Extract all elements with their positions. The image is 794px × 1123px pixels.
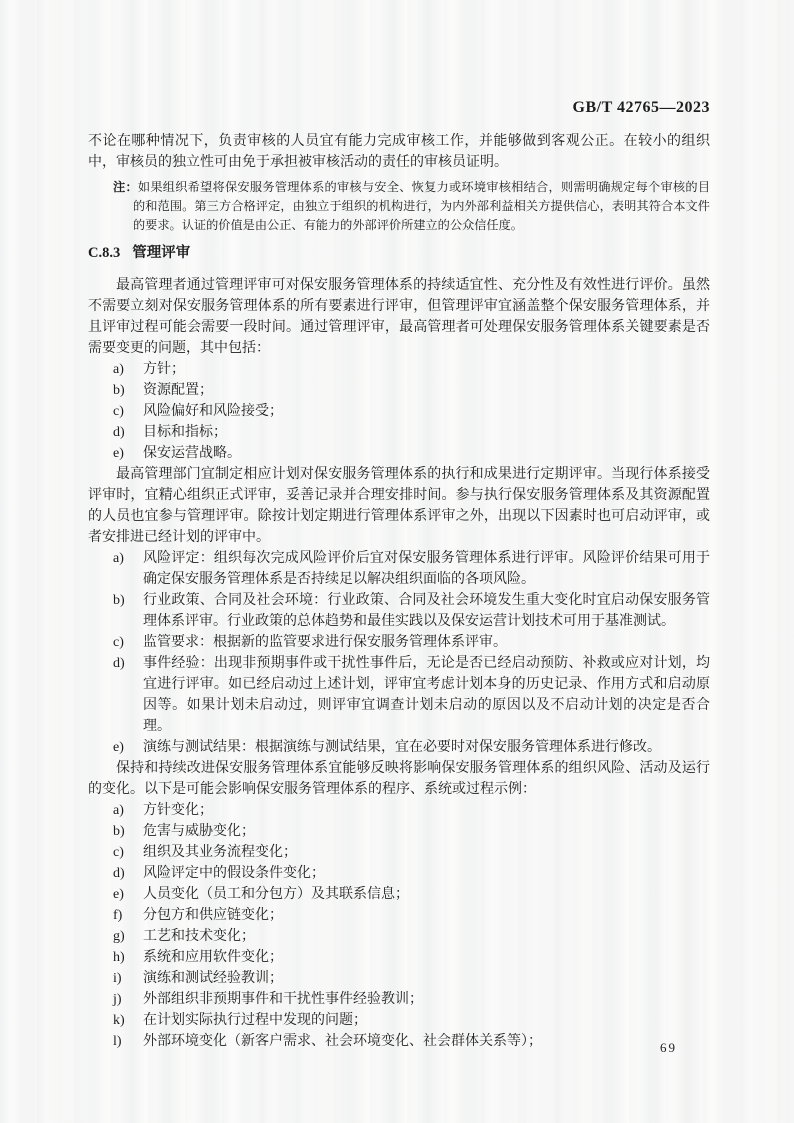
list-item-label: e) <box>113 443 143 464</box>
list-item-text: 危害与威胁变化； <box>143 821 710 842</box>
list-item: c) 风险偏好和风险接受； <box>88 401 710 422</box>
list-item: b) 资源配置； <box>88 380 710 401</box>
list-item: f) 分包方和供应链变化； <box>88 905 710 926</box>
list-item-label: i) <box>113 968 143 989</box>
list-review-triggers: a) 风险评定：组织每次完成风险评价后宜对保安服务管理体系进行评审。风险评价结果… <box>88 548 710 758</box>
list-item: e) 保安运营战略。 <box>88 443 710 464</box>
list-item-text: 目标和指标； <box>143 422 710 443</box>
list-item: a) 方针； <box>88 359 710 380</box>
list-item-label: a) <box>113 800 143 821</box>
list-item-label: j) <box>113 989 143 1010</box>
list-item: a) 风险评定：组织每次完成风险评价后宜对保安服务管理体系进行评审。风险评价结果… <box>88 548 710 590</box>
list-item-label: h) <box>113 947 143 968</box>
list-item-label: b) <box>113 821 143 842</box>
list-item-label: d) <box>113 653 143 737</box>
list-item-text: 系统和应用软件变化； <box>143 947 710 968</box>
list-item-text: 保安运营战略。 <box>143 443 710 464</box>
list-item: d) 目标和指标； <box>88 422 710 443</box>
standard-number: GB/T 42765—2023 <box>573 99 710 116</box>
section-title: 管理评审 <box>132 245 190 261</box>
list-item: b) 行业政策、合同及社会环境：行业政策、合同及社会环境发生重大变化时宜启动保安… <box>88 590 710 632</box>
list-item-label: c) <box>113 401 143 422</box>
section-heading: C.8.3管理评审 <box>88 245 710 261</box>
note-text: 如果组织希望将保安服务管理体系的审核与安全、恢复力或环境审核相结合，则需明确规定… <box>133 180 710 232</box>
list-item-label: b) <box>113 380 143 401</box>
list-item-label: k) <box>113 1010 143 1031</box>
list-item-text: 监管要求：根据新的监管要求进行保安服务管理体系评审。 <box>143 632 710 653</box>
list-item-label: c) <box>113 632 143 653</box>
list-item-label: d) <box>113 863 143 884</box>
list-item-label: f) <box>113 905 143 926</box>
list-item: c) 监管要求：根据新的监管要求进行保安服务管理体系评审。 <box>88 632 710 653</box>
list-change-examples: a) 方针变化； b) 危害与威胁变化； c) 组织及其业务流程变化； d) 风… <box>88 800 710 1052</box>
list-item-label: e) <box>113 737 143 758</box>
list-item: b) 危害与威胁变化； <box>88 821 710 842</box>
list-item-text: 风险评定：组织每次完成风险评价后宜对保安服务管理体系进行评审。风险评价结果可用于… <box>143 548 710 590</box>
list-item-label: a) <box>113 548 143 590</box>
list-item-text: 资源配置； <box>143 380 710 401</box>
list-item-label: g) <box>113 926 143 947</box>
list-item: k) 在计划实际执行过程中发现的问题； <box>88 1010 710 1031</box>
note-block: 注：如果组织希望将保安服务管理体系的审核与安全、恢复力或环境审核相结合，则需明确… <box>113 178 710 235</box>
list-item-text: 事件经验：出现非预期事件或干扰性事件后，无论是否已经启动预防、补救或应对计划，均… <box>143 653 710 737</box>
page-number: 69 <box>660 1040 677 1056</box>
list-item-text: 方针变化； <box>143 800 710 821</box>
list-item: i) 演练和测试经验教训； <box>88 968 710 989</box>
list-item-text: 分包方和供应链变化； <box>143 905 710 926</box>
list-item-label: b) <box>113 590 143 632</box>
list-item-label: a) <box>113 359 143 380</box>
list-item-text: 风险偏好和风险接受； <box>143 401 710 422</box>
list-item-label: e) <box>113 884 143 905</box>
note-label: 注： <box>113 180 138 194</box>
paragraph-periodic-review: 最高管理部门宜制定相应计划对保安服务管理体系的执行和成果进行定期评审。当现行体系… <box>88 464 710 548</box>
paragraph-auditor-independence: 不论在哪种情况下，负责审核的人员宜有能力完成审核工作，并能够做到客观公正。在较小… <box>88 131 710 173</box>
document-body: 不论在哪种情况下，负责审核的人员宜有能力完成审核工作，并能够做到客观公正。在较小… <box>88 131 710 1052</box>
list-item-label: d) <box>113 422 143 443</box>
document-header: GB/T 42765—2023 <box>88 99 710 117</box>
section-number: C.8.3 <box>88 245 120 261</box>
list-item-text: 外部组织非预期事件和干扰性事件经验教训； <box>143 989 710 1010</box>
list-item: e) 人员变化（员工和分包方）及其联系信息； <box>88 884 710 905</box>
list-item-text: 工艺和技术变化； <box>143 926 710 947</box>
list-item: e) 演练与测试结果：根据演练与测试结果，宜在必要时对保安服务管理体系进行修改。 <box>88 737 710 758</box>
list-item-text: 在计划实际执行过程中发现的问题； <box>143 1010 710 1031</box>
list-item: g) 工艺和技术变化； <box>88 926 710 947</box>
list-review-elements: a) 方针； b) 资源配置； c) 风险偏好和风险接受； d) 目标和指标； … <box>88 359 710 464</box>
list-item-text: 行业政策、合同及社会环境：行业政策、合同及社会环境发生重大变化时宜启动保安服务管… <box>143 590 710 632</box>
list-item: d) 事件经验：出现非预期事件或干扰性事件后，无论是否已经启动预防、补救或应对计… <box>88 653 710 737</box>
list-item: c) 组织及其业务流程变化； <box>88 842 710 863</box>
paragraph-continual-improvement: 保持和持续改进保安服务管理体系宜能够反映将影响保安服务管理体系的组织风险、活动及… <box>88 758 710 800</box>
scanned-document-page: GB/T 42765—2023 不论在哪种情况下，负责审核的人员宜有能力完成审核… <box>0 0 794 1123</box>
list-item: d) 风险评定中的假设条件变化； <box>88 863 710 884</box>
list-item-text: 人员变化（员工和分包方）及其联系信息； <box>143 884 710 905</box>
list-item-text: 组织及其业务流程变化； <box>143 842 710 863</box>
list-item-text: 风险评定中的假设条件变化； <box>143 863 710 884</box>
list-item: h) 系统和应用软件变化； <box>88 947 710 968</box>
list-item-label: l) <box>113 1031 143 1052</box>
paragraph-management-review-intro: 最高管理者通过管理评审可对保安服务管理体系的持续适宜性、充分性及有效性进行评价。… <box>88 275 710 359</box>
list-item: j) 外部组织非预期事件和干扰性事件经验教训； <box>88 989 710 1010</box>
list-item: l) 外部环境变化（新客户需求、社会环境变化、社会群体关系等）； <box>88 1031 710 1052</box>
list-item: a) 方针变化； <box>88 800 710 821</box>
list-item-text: 演练和测试经验教训； <box>143 968 710 989</box>
list-item-text: 演练与测试结果：根据演练与测试结果，宜在必要时对保安服务管理体系进行修改。 <box>143 737 710 758</box>
list-item-text: 外部环境变化（新客户需求、社会环境变化、社会群体关系等）； <box>143 1031 710 1052</box>
list-item-label: c) <box>113 842 143 863</box>
list-item-text: 方针； <box>143 359 710 380</box>
